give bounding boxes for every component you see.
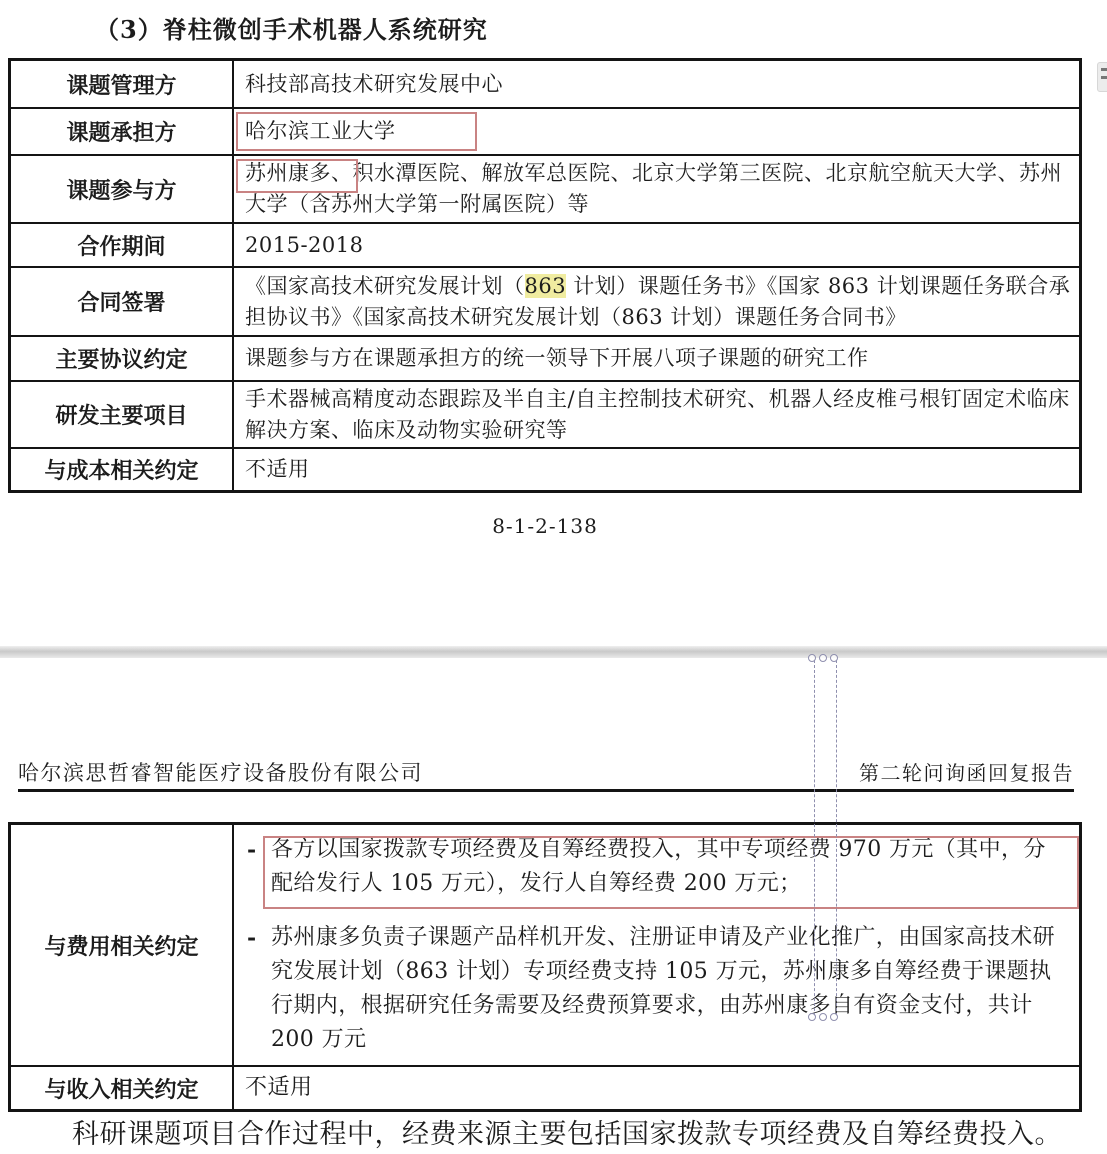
report-title: 第二轮问询函回复报告 bbox=[859, 757, 1074, 786]
row-value: 课题参与方在课题承担方的统一领导下开展八项子课题的研究工作 bbox=[245, 343, 869, 374]
row-value: 苏州康多、积水潭医院、解放军总医院、北京大学第三医院、北京航空航天大学、苏州大学… bbox=[245, 158, 1071, 220]
row-label: 课题承担方 bbox=[11, 109, 234, 154]
highlight-863: 863 bbox=[525, 274, 567, 298]
note-line bbox=[1101, 68, 1107, 71]
selection-handle-bottom-center[interactable] bbox=[819, 1013, 827, 1021]
row-label: 合作期间 bbox=[11, 224, 234, 266]
table-row: 合作期间 2015-2018 bbox=[11, 222, 1079, 266]
running-header: 哈尔滨思哲睿智能医疗设备股份有限公司 第二轮问询函回复报告 bbox=[18, 757, 1074, 787]
selection-handle-top-center[interactable] bbox=[819, 654, 827, 662]
page-break-divider bbox=[0, 646, 1107, 658]
table-row: 课题管理方 科技部高技术研究发展中心 bbox=[11, 61, 1079, 107]
row-label: 课题参与方 bbox=[11, 156, 234, 222]
company-name: 哈尔滨思哲睿智能医疗设备股份有限公司 bbox=[18, 757, 423, 787]
row-label: 主要协议约定 bbox=[11, 337, 234, 380]
row-value: 不适用 bbox=[245, 454, 310, 485]
contract-text-pre: 《国家高技术研究发展计划（ bbox=[245, 274, 525, 298]
page-number: 8-1-2-138 bbox=[0, 514, 1090, 538]
project-info-table: 课题管理方 科技部高技术研究发展中心 课题承担方 哈尔滨工业大学 课题参与方 苏… bbox=[8, 58, 1082, 493]
fee-income-table: 与费用相关约定 - 各方以国家拨款专项经费及自筹经费投入，其中专项经费 970 … bbox=[8, 822, 1082, 1112]
row-label: 研发主要项目 bbox=[11, 382, 234, 447]
annotation-box-undertaker[interactable] bbox=[236, 112, 477, 151]
selection-box[interactable] bbox=[814, 660, 837, 1016]
row-value: 不适用 bbox=[245, 1071, 313, 1105]
table-row: 主要协议约定 课题参与方在课题承担方的统一领导下开展八项子课题的研究工作 bbox=[11, 335, 1079, 380]
table-row: 课题参与方 苏州康多、积水潭医院、解放军总医院、北京大学第三医院、北京航空航天大… bbox=[11, 154, 1079, 222]
selection-handle-bottom-left[interactable] bbox=[808, 1013, 816, 1021]
row-value: 2015-2018 bbox=[245, 230, 363, 261]
table-row: 与成本相关约定 不适用 bbox=[11, 447, 1079, 490]
selection-handle-top-left[interactable] bbox=[808, 654, 816, 662]
row-label: 课题管理方 bbox=[11, 61, 234, 107]
row-label: 与成本相关约定 bbox=[11, 449, 234, 490]
bullet-text: 苏州康多负责子课题产品样机开发、注册证申请及产业化推广，由国家高技术研究发展计划… bbox=[271, 921, 1071, 1057]
note-line bbox=[1101, 76, 1107, 79]
row-label: 与收入相关约定 bbox=[11, 1067, 234, 1109]
annotation-box-participant[interactable] bbox=[236, 159, 358, 193]
rest-text: 积水潭医院、解放军总医院、北京大学第三医院、北京航空航天大学、苏州大学（含苏州大… bbox=[245, 161, 1062, 216]
list-item: - 苏州康多负责子课题产品样机开发、注册证申请及产业化推广，由国家高技术研究发展… bbox=[245, 921, 1071, 1057]
section-title: （3）脊柱微创手术机器人系统研究 bbox=[95, 10, 488, 45]
row-label: 与费用相关约定 bbox=[11, 825, 234, 1065]
row-value: 手术器械高精度动态跟踪及半自主/自主控制技术研究、机器人经皮椎弓根钉固定术临床解… bbox=[245, 384, 1071, 446]
body-paragraph: 科研课题项目合作过程中，经费来源主要包括国家拨款专项经费及自筹经费投入。 bbox=[18, 1116, 1096, 1154]
row-value: 科技部高技术研究发展中心 bbox=[245, 69, 503, 100]
annotation-box-funding[interactable] bbox=[263, 836, 1079, 909]
header-rule bbox=[18, 789, 1074, 792]
table-row: 与收入相关约定 不适用 bbox=[11, 1065, 1079, 1109]
bullet-dash: - bbox=[245, 921, 271, 955]
comment-note-icon[interactable] bbox=[1097, 62, 1107, 92]
selection-handle-top-right[interactable] bbox=[830, 654, 838, 662]
selection-handle-bottom-right[interactable] bbox=[830, 1013, 838, 1021]
table-row: 课题承担方 哈尔滨工业大学 bbox=[11, 107, 1079, 154]
table-row: 合同签署 《国家高技术研究发展计划（863 计划）课题任务书》《国家 863 计… bbox=[11, 266, 1079, 335]
row-value: 《国家高技术研究发展计划（863 计划）课题任务书》《国家 863 计划课题任务… bbox=[245, 271, 1071, 333]
table-row: 研发主要项目 手术器械高精度动态跟踪及半自主/自主控制技术研究、机器人经皮椎弓根… bbox=[11, 380, 1079, 447]
table-row: 与费用相关约定 - 各方以国家拨款专项经费及自筹经费投入，其中专项经费 970 … bbox=[11, 825, 1079, 1065]
document-page: （3）脊柱微创手术机器人系统研究 课题管理方 科技部高技术研究发展中心 课题承担… bbox=[0, 0, 1107, 1154]
row-label: 合同签署 bbox=[11, 268, 234, 335]
